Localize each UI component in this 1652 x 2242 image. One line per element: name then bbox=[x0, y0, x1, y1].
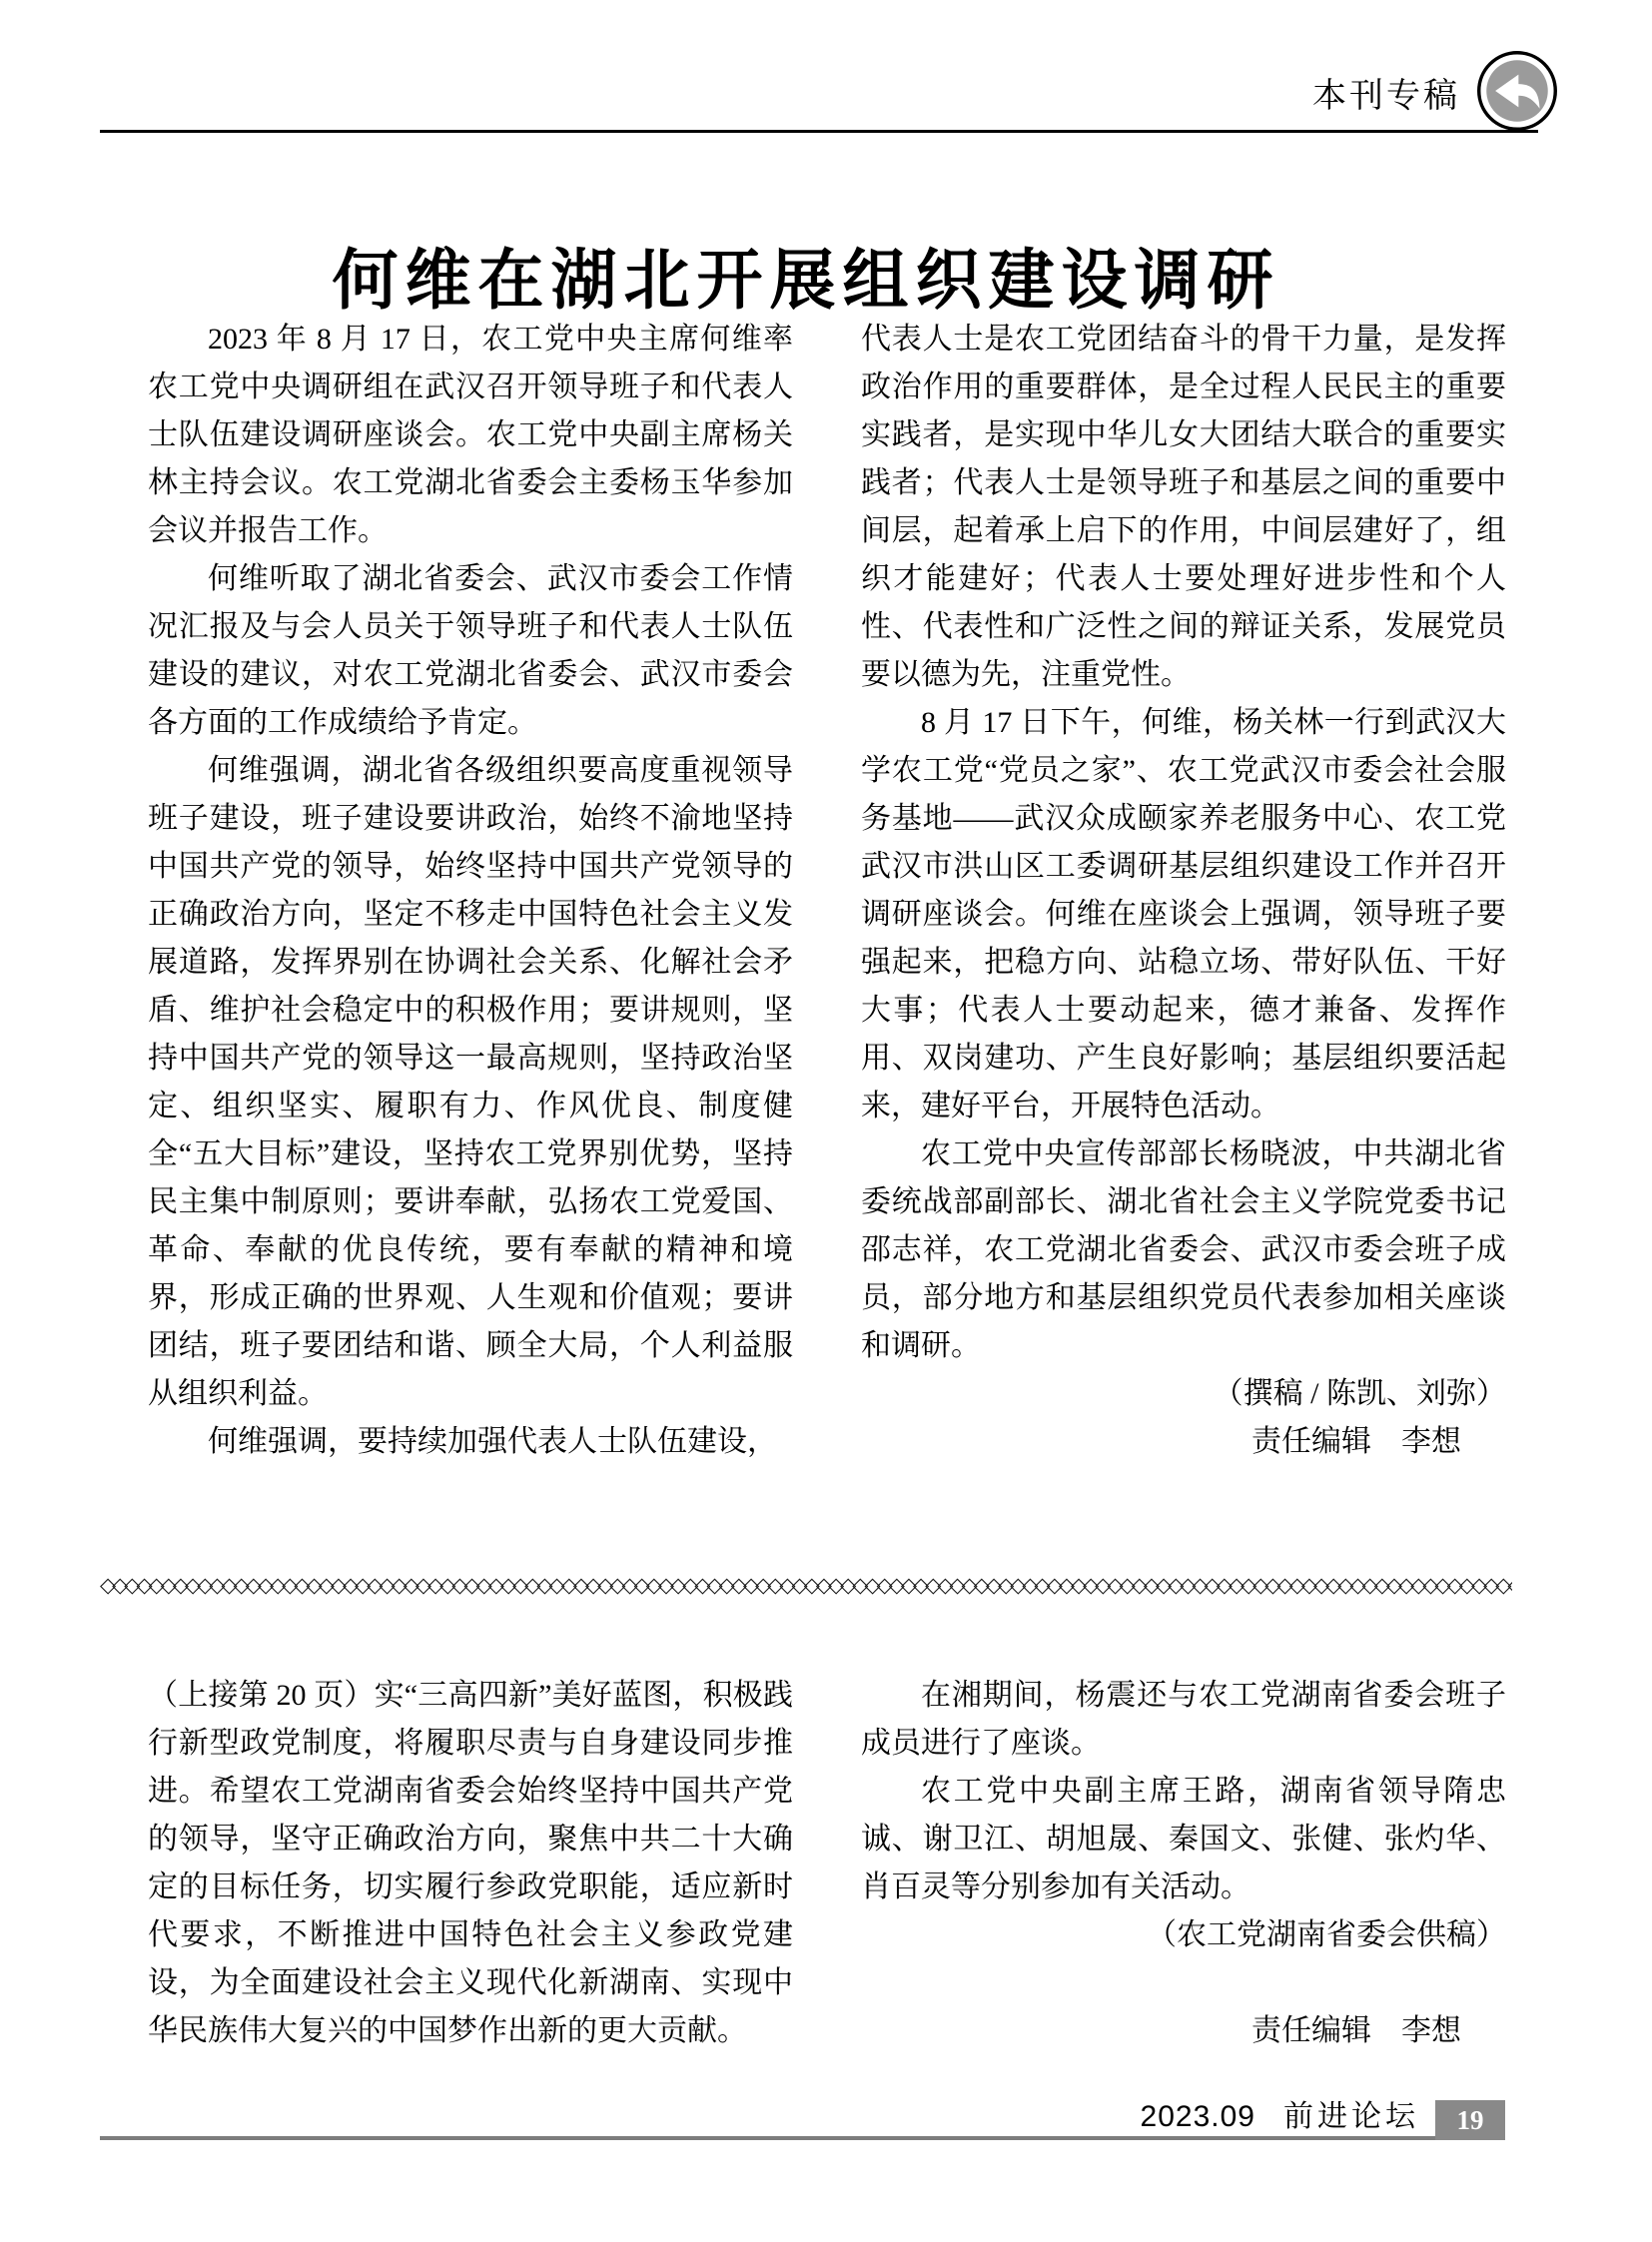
editor-credit: 责任编辑 李想 bbox=[861, 2007, 1506, 2055]
page-number-badge: 19 bbox=[1435, 2100, 1505, 2140]
source-credit: （农工党湖南省委会供稿） bbox=[861, 1911, 1506, 1959]
section-label: 本刊专稿 bbox=[1312, 68, 1460, 117]
continuation-left-column: （上接第 20 页）实“三高四新”美好蓝图，积极践行新型政党制度，将履职尽责与自… bbox=[148, 1672, 793, 2055]
byline: （撰稿 / 陈凯、刘弥） bbox=[861, 1370, 1506, 1418]
paragraph: 何维听取了湖北省委会、武汉市委会工作情况汇报及与会人员关于领导班子和代表人士队伍… bbox=[148, 555, 793, 747]
journal-logo-return-arrow-icon bbox=[1476, 50, 1558, 132]
paragraph: 2023 年 8 月 17 日，农工党中央主席何维率农工党中央调研组在武汉召开领… bbox=[148, 316, 793, 555]
magazine-page: { "header": { "section_label": "本刊专稿" },… bbox=[0, 0, 1652, 2242]
footer-journal-name: 前进论坛 bbox=[1283, 2100, 1419, 2133]
header-rule bbox=[100, 130, 1538, 133]
diamond-chain-separator: ◇◇◇◇◇◇◇◇◇◇◇◇◇◇◇◇◇◇◇◇◇◇◇◇◇◇◇◇◇◇◇◇◇◇◇◇◇◇◇◇… bbox=[100, 1570, 1512, 1600]
paragraph: 农工党中央副主席王路，湖南省领导隋忠诚、谢卫江、胡旭晟、秦国文、张健、张灼华、肖… bbox=[861, 1768, 1506, 1911]
footer-journal-info: 2023.09前进论坛 bbox=[1141, 2097, 1419, 2137]
paragraph: 农工党中央宣传部部长杨晓波，中共湖北省委统战部副部长、湖北省社会主义学院党委书记… bbox=[861, 1130, 1506, 1370]
article-right-column: 代表人士是农工党团结奋斗的骨干力量，是发挥政治作用的重要群体，是全过程人民民主的… bbox=[861, 316, 1506, 1466]
continuation-right-column: 在湘期间，杨震还与农工党湖南省委会班子成员进行了座谈。 农工党中央副主席王路，湖… bbox=[861, 1672, 1506, 2055]
paragraph: 在湘期间，杨震还与农工党湖南省委会班子成员进行了座谈。 bbox=[861, 1672, 1506, 1768]
editor-credit: 责任编辑 李想 bbox=[861, 1418, 1506, 1466]
paragraph: （上接第 20 页）实“三高四新”美好蓝图，积极践行新型政党制度，将履职尽责与自… bbox=[148, 1672, 793, 2055]
paragraph: 何维强调，湖北省各级组织要高度重视领导班子建设，班子建设要讲政治，始终不渝地坚持… bbox=[148, 747, 793, 1418]
page-title: 何维在湖北开展组织建设调研 bbox=[100, 240, 1512, 320]
footer-issue: 2023.09 bbox=[1141, 2100, 1255, 2133]
paragraph: 8 月 17 日下午，何维，杨关林一行到武汉大学农工党“党员之家”、农工党武汉市… bbox=[861, 699, 1506, 1130]
paragraph: 代表人士是农工党团结奋斗的骨干力量，是发挥政治作用的重要群体，是全过程人民民主的… bbox=[861, 316, 1506, 699]
paragraph: 何维强调，要持续加强代表人士队伍建设， bbox=[148, 1418, 793, 1466]
article-left-column: 2023 年 8 月 17 日，农工党中央主席何维率农工党中央调研组在武汉召开领… bbox=[148, 316, 793, 1466]
